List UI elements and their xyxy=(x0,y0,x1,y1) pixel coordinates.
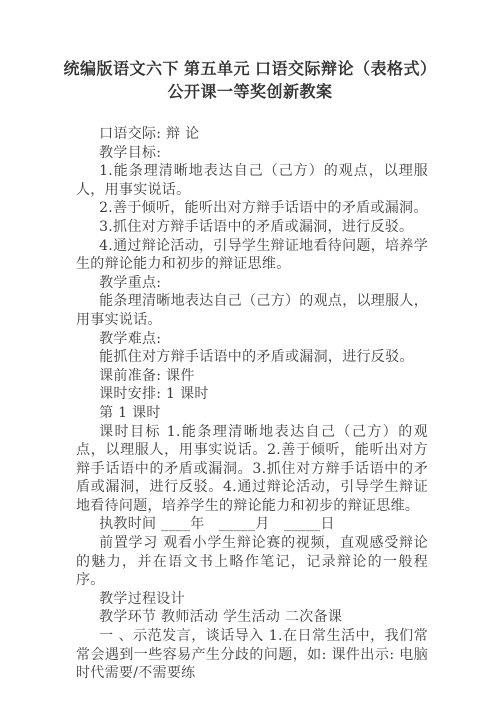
para-goal-4: 4.通过辩论活动，引导学生辩证地看待问题，培养学生的辩论能力和初步的辩证思维。 xyxy=(76,237,428,274)
document-title: 统编版语文六下 第五单元 口语交际辩论（表格式） 公开课一等奖创新教案 xyxy=(40,58,460,104)
para-key-points-heading: 教学重点: xyxy=(76,274,428,293)
para-preparation: 课前准备: 课件 xyxy=(76,367,428,386)
para-step-one: 一 、示范发言，谈话导入 1.在日常生活中，我们常常会遇到一些容易产生分歧的问题… xyxy=(76,627,428,683)
para-teaching-date: 执教时间 ____年 _____月 _____日 xyxy=(76,515,428,534)
para-key-points: 能条理清晰地表达自己（己方）的观点，以理服人，用事实说话。 xyxy=(76,292,428,329)
para-difficulties-heading: 教学难点: xyxy=(76,330,428,349)
document-title-line-1: 统编版语文六下 第五单元 口语交际辩论（表格式） xyxy=(40,58,460,81)
para-process-columns: 教学环节 教师活动 学生活动 二次备课 xyxy=(76,608,428,627)
para-period-goals: 课时目标 1.能条理清晰地表达自己（己方）的观点，以理服人，用事实说话。2.善于… xyxy=(76,423,428,516)
para-topic: 口语交际: 辩 论 xyxy=(76,125,428,144)
document-page: 统编版语文六下 第五单元 口语交际辩论（表格式） 公开课一等奖创新教案 口语交际… xyxy=(0,0,500,707)
para-period-heading: 第 1 课时 xyxy=(76,404,428,423)
para-goal-3: 3.抓住对方辩手话语中的矛盾或漏洞，进行反驳。 xyxy=(76,218,428,237)
para-process-design-heading: 教学过程设计 xyxy=(76,590,428,609)
para-goals-heading: 教学目标: xyxy=(76,144,428,163)
para-difficulties: 能抓住对方辩手话语中的矛盾或漏洞，进行反驳。 xyxy=(76,348,428,367)
para-goal-1: 1.能条理清晰地表达自己（己方）的观点，以理服人，用事实说话。 xyxy=(76,162,428,199)
document-title-line-2: 公开课一等奖创新教案 xyxy=(40,81,460,104)
para-goal-2: 2.善于倾听，能听出对方辩手话语中的矛盾或漏洞。 xyxy=(76,199,428,218)
para-pre-learning: 前置学习 观看小学生辩论赛的视频，直观感受辩论的魅力，并在语文书上略作笔记，记录… xyxy=(76,534,428,590)
document-body: 口语交际: 辩 论 教学目标: 1.能条理清晰地表达自己（己方）的观点，以理服人… xyxy=(76,125,428,683)
para-schedule: 课时安排: 1 课时 xyxy=(76,385,428,404)
